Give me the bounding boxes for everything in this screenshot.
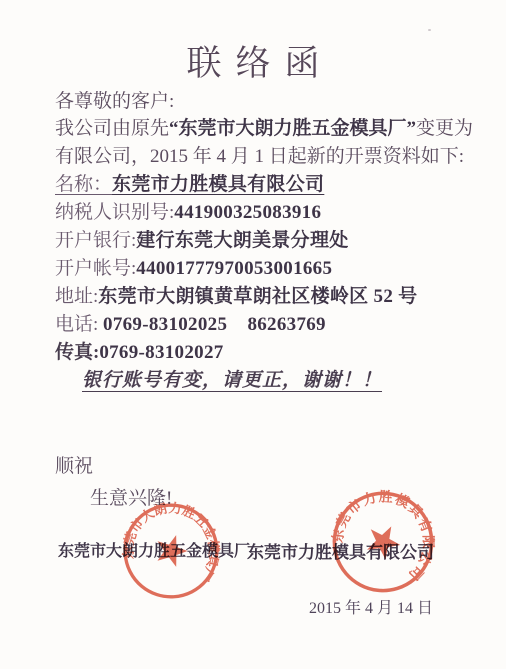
seal-star-icon [361,519,406,563]
detail-value: 0769-83102027 [99,342,223,363]
notice-line: 银行账号有变，请更正，谢谢！！ [82,369,382,393]
seal-star-icon [152,530,191,568]
detail-label: 开户银行: [55,230,136,251]
detail-label: 名称： [55,174,112,195]
intro-line-1: 我公司由原先“东莞市大朗力胜五金模具厂”变更为 [55,117,473,141]
detail-value: 0769-83102025 86263769 [103,314,326,335]
intro-line-2: 有限公司，2015 年 4 月 1 日起新的开票资料如下: [55,145,464,169]
closing-wish-intro: 顺祝 [55,455,93,479]
detail-label: 地址: [55,286,98,307]
detail-value: 441900325083916 [174,202,321,223]
old-company-name: “东莞市大朗力胜五金模具厂” [169,118,416,139]
scan-speck [428,29,431,31]
detail-value: 东莞市大朗镇黄草朗社区楼岭区 52 号 [98,286,417,307]
detail-value: 建行东莞大朗美景分理处 [136,230,348,251]
letter-title: 联络函 [0,36,506,86]
detail-row-fax: 传真:0769-83102027 [55,341,224,365]
detail-label: 电话: [55,314,103,335]
detail-label: 开户帐号: [55,258,136,279]
detail-row-address: 地址:东莞市大朗镇黄草朗社区楼岭区 52 号 [55,285,417,309]
letter-date: 2015 年 4 月 14 日 [309,595,433,618]
detail-row-tax-id: 纳税人识别号:441900325083916 [55,201,321,225]
salutation: 各尊敬的客户: [55,90,174,114]
letter-page: 联络函 各尊敬的客户: 我公司由原先“东莞市大朗力胜五金模具厂”变更为 有限公司… [0,0,506,669]
detail-row-bank: 开户银行:建行东莞大朗美景分理处 [55,229,349,253]
intro-suffix: 变更为 [416,118,473,139]
detail-value: 东莞市力胜模具有限公司 [112,174,324,195]
detail-value: 44001777970053001665 [136,258,332,279]
company-seal-right: 东莞市力胜模具有限公司 [311,470,454,613]
detail-label: 纳税人识别号: [55,202,174,223]
detail-row-phone: 电话: 0769-83102025 86263769 [55,313,326,337]
detail-row-account: 开户帐号:44001777970053001665 [55,257,332,281]
intro-prefix: 我公司由原先 [55,118,169,139]
detail-label: 传真: [55,342,99,363]
detail-row-name: 名称：东莞市力胜模具有限公司 [55,173,324,197]
